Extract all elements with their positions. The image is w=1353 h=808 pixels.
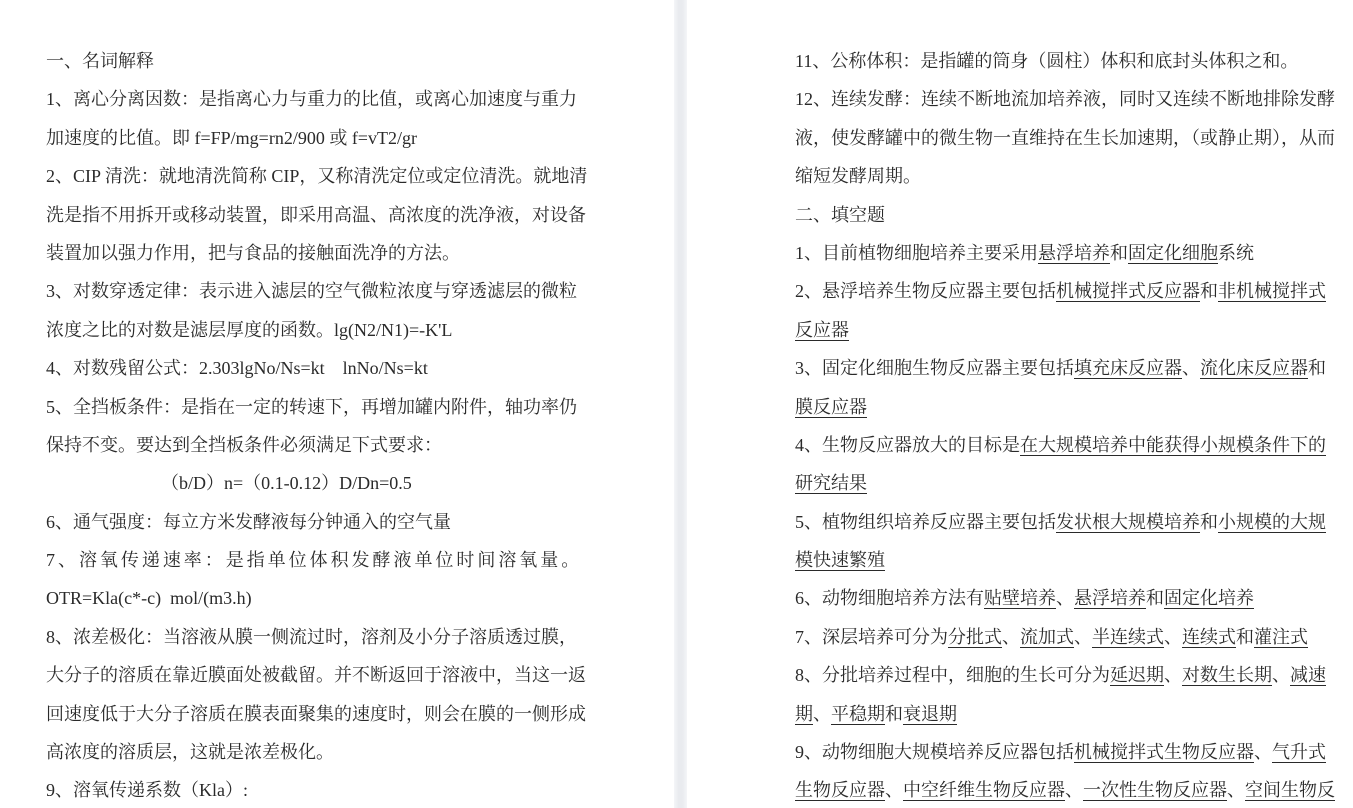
fill-blank-answer: 连续式 <box>1182 618 1236 656</box>
text-segment: 二、填空题 <box>795 196 885 234</box>
text-segment: 大分子的溶质在靠近膜面处被截留。并不断返回于溶液中，当这一返 <box>46 656 586 694</box>
text-segment: 和 <box>1200 272 1218 310</box>
fill-blank-answer: 非机械搅拌式 <box>1218 272 1326 310</box>
section-heading: 一、名词解释 <box>46 42 656 80</box>
text-segment: 洗是指不用拆开或移动装置，即采用高温、高浓度的洗净液，对设备 <box>46 196 586 234</box>
text-segment: 8、浓差极化：当溶液从膜一侧流过时，溶剂及小分子溶质透过膜， <box>46 618 577 656</box>
text-segment: 、 <box>1182 349 1200 387</box>
fill-blank-answer: 生物反应器 <box>795 771 885 808</box>
fill-blank-answer: 中空纤维生物反应器 <box>903 771 1065 808</box>
text-line: 研究结果 <box>795 464 1340 502</box>
text-segment: 4、生物反应器放大的目标是 <box>795 426 1020 464</box>
fill-blank-answer: 固定化细胞 <box>1128 234 1218 272</box>
text-segment: （b/D）n=（0.1-0.12）D/Dn=0.5 <box>161 464 412 502</box>
text-line: 1、离心分离因数：是指离心力与重力的比值，或离心加速度与重力 <box>46 80 656 118</box>
fill-blank-answer: 流化床反应器 <box>1200 349 1308 387</box>
text-line: （b/D）n=（0.1-0.12）D/Dn=0.5 <box>46 464 656 502</box>
text-segment: 2、CIP 清洗：就地清洗简称 CIP，又称清洗定位或定位清洗。就地清 <box>46 157 587 195</box>
text-segment: 7、深层培养可分为 <box>795 618 948 656</box>
text-line: 8、浓差极化：当溶液从膜一侧流过时，溶剂及小分子溶质透过膜， <box>46 618 656 656</box>
text-segment: 和 <box>1200 503 1218 541</box>
fill-blank-answer: 期 <box>795 695 813 733</box>
text-line: 4、对数残留公式：2.303lgNo/Ns=kt lnNo/Ns=kt <box>46 349 656 387</box>
text-segment: 高浓度的溶质层，这就是浓差极化。 <box>46 733 334 771</box>
text-line: 3、固定化细胞生物反应器主要包括填充床反应器、流化床反应器和 <box>795 349 1340 387</box>
text-line: 6、动物细胞培养方法有贴壁培养、悬浮培养和固定化培养 <box>795 579 1340 617</box>
fill-blank-answer: 气升式 <box>1272 733 1326 771</box>
text-segment: 5、全挡板条件：是指在一定的转速下，再增加罐内附件，轴功率仍 <box>46 388 577 426</box>
fill-blank-answer: 模快速繁殖 <box>795 541 885 579</box>
text-segment: 7、溶氧传递速率：是指单位体积发酵液单位时间溶氧量。 <box>46 541 582 579</box>
text-line: 生物反应器、中空纤维生物反应器、一次性生物反应器、空间生物反 <box>795 771 1340 808</box>
page-gutter <box>674 0 687 808</box>
fill-blank-answer: 机械搅拌式反应器 <box>1056 272 1200 310</box>
text-line: 9、动物细胞大规模培养反应器包括机械搅拌式生物反应器、气升式 <box>795 733 1340 771</box>
text-line: 6、通气强度：每立方米发酵液每分钟通入的空气量 <box>46 503 656 541</box>
text-segment: 、 <box>1074 618 1092 656</box>
fill-blank-answer: 分批式 <box>948 618 1002 656</box>
text-segment: 3、对数穿透定律：表示进入滤层的空气微粒浓度与穿透滤层的微粒 <box>46 272 577 310</box>
fill-blank-answer: 研究结果 <box>795 464 867 502</box>
page-right: 11、公称体积：是指罐的筒身（圆柱）体积和底封头体积之和。12、连续发酵：连续不… <box>687 0 1353 808</box>
text-line: 3、对数穿透定律：表示进入滤层的空气微粒浓度与穿透滤层的微粒 <box>46 272 656 310</box>
fill-blank-answer: 灌注式 <box>1254 618 1308 656</box>
text-segment: 、 <box>1254 733 1272 771</box>
text-line: 液，使发酵罐中的微生物一直维持在生长加速期，（或静止期），从而 <box>795 119 1340 157</box>
text-segment: 一、名词解释 <box>46 42 154 80</box>
fill-blank-answer: 膜反应器 <box>795 388 867 426</box>
text-line: 4、生物反应器放大的目标是在大规模培养中能获得小规模条件下的 <box>795 426 1340 464</box>
fill-blank-answer: 在大规模培养中能获得小规模条件下的 <box>1020 426 1326 464</box>
text-segment: 和 <box>1146 579 1164 617</box>
text-segment: 9、溶氧传递系数（Kla）: <box>46 771 248 808</box>
text-segment: 加速度的比值。即 f=FP/mg=rn2/900 或 f=vT2/gr <box>46 119 417 157</box>
text-line: 膜反应器 <box>795 388 1340 426</box>
text-segment: 和 <box>885 695 903 733</box>
fill-blank-answer: 半连续式 <box>1092 618 1164 656</box>
page-left-content: 一、名词解释1、离心分离因数：是指离心力与重力的比值，或离心加速度与重力加速度的… <box>46 42 656 808</box>
text-line: 期、平稳期和衰退期 <box>795 695 1340 733</box>
fill-blank-answer: 空间生物反 <box>1245 771 1335 808</box>
fill-blank-answer: 平稳期 <box>831 695 885 733</box>
text-segment: 、 <box>885 771 903 808</box>
text-segment: 保持不变。要达到全挡板条件必须满足下式要求： <box>46 426 442 464</box>
text-segment: 、 <box>1164 618 1182 656</box>
text-segment: 12、连续发酵：连续不断地流加培养液，同时又连续不断地排除发酵 <box>795 80 1335 118</box>
text-segment: 、 <box>1164 656 1182 694</box>
text-segment: 3、固定化细胞生物反应器主要包括 <box>795 349 1074 387</box>
text-segment: 、 <box>1056 579 1074 617</box>
text-segment: 、 <box>1272 656 1290 694</box>
page-left: 一、名词解释1、离心分离因数：是指离心力与重力的比值，或离心加速度与重力加速度的… <box>0 0 674 808</box>
text-segment: 4、对数残留公式：2.303lgNo/Ns=kt lnNo/Ns=kt <box>46 349 428 387</box>
text-line: 2、悬浮培养生物反应器主要包括机械搅拌式反应器和非机械搅拌式 <box>795 272 1340 310</box>
text-line: 回速度低于大分子溶质在膜表面聚集的速度时，则会在膜的一侧形成 <box>46 695 656 733</box>
fill-blank-answer: 对数生长期 <box>1182 656 1272 694</box>
text-segment: 缩短发酵周期。 <box>795 157 921 195</box>
text-line: 装置加以强力作用，把与食品的接触面洗净的方法。 <box>46 234 656 272</box>
text-line: 保持不变。要达到全挡板条件必须满足下式要求： <box>46 426 656 464</box>
text-line: 8、分批培养过程中，细胞的生长可分为延迟期、对数生长期、减速 <box>795 656 1340 694</box>
text-line: 模快速繁殖 <box>795 541 1340 579</box>
fill-blank-answer: 悬浮培养 <box>1074 579 1146 617</box>
text-segment: 11、公称体积：是指罐的筒身（圆柱）体积和底封头体积之和。 <box>795 42 1298 80</box>
text-segment: 和 <box>1236 618 1254 656</box>
fill-blank-answer: 悬浮培养 <box>1038 234 1110 272</box>
text-segment: 2、悬浮培养生物反应器主要包括 <box>795 272 1056 310</box>
text-line: 高浓度的溶质层，这就是浓差极化。 <box>46 733 656 771</box>
fill-blank-answer: 衰退期 <box>903 695 957 733</box>
document-viewer: 一、名词解释1、离心分离因数：是指离心力与重力的比值，或离心加速度与重力加速度的… <box>0 0 1353 808</box>
fill-blank-answer: 流加式 <box>1020 618 1074 656</box>
text-segment: 6、通气强度：每立方米发酵液每分钟通入的空气量 <box>46 503 451 541</box>
text-segment: 8、分批培养过程中，细胞的生长可分为 <box>795 656 1110 694</box>
text-segment: 和 <box>1308 349 1326 387</box>
text-line: 7、溶氧传递速率：是指单位体积发酵液单位时间溶氧量。 <box>46 541 656 579</box>
text-line: 12、连续发酵：连续不断地流加培养液，同时又连续不断地排除发酵 <box>795 80 1340 118</box>
text-segment: 9、动物细胞大规模培养反应器包括 <box>795 733 1074 771</box>
text-line: 反应器 <box>795 311 1340 349</box>
text-segment: 1、目前植物细胞培养主要采用 <box>795 234 1038 272</box>
text-segment: 、 <box>1002 618 1020 656</box>
text-line: 浓度之比的对数是滤层厚度的函数。lg(N2/N1)=-K'L <box>46 311 656 349</box>
text-line: 7、深层培养可分为分批式、流加式、半连续式、连续式和灌注式 <box>795 618 1340 656</box>
fill-blank-answer: 填充床反应器 <box>1074 349 1182 387</box>
text-segment: 6、动物细胞培养方法有 <box>795 579 984 617</box>
text-line: 大分子的溶质在靠近膜面处被截留。并不断返回于溶液中，当这一返 <box>46 656 656 694</box>
text-segment: 浓度之比的对数是滤层厚度的函数。lg(N2/N1)=-K'L <box>46 311 452 349</box>
text-segment: 5、植物组织培养反应器主要包括 <box>795 503 1056 541</box>
text-segment: 1、离心分离因数：是指离心力与重力的比值，或离心加速度与重力 <box>46 80 577 118</box>
text-segment: 、 <box>1227 771 1245 808</box>
section-heading: 二、填空题 <box>795 196 1340 234</box>
fill-blank-answer: 发状根大规模培养 <box>1056 503 1200 541</box>
text-line: 11、公称体积：是指罐的筒身（圆柱）体积和底封头体积之和。 <box>795 42 1340 80</box>
fill-blank-answer: 机械搅拌式生物反应器 <box>1074 733 1254 771</box>
fill-blank-answer: 减速 <box>1290 656 1326 694</box>
text-line: 1、目前植物细胞培养主要采用悬浮培养和固定化细胞系统 <box>795 234 1340 272</box>
text-segment: 、 <box>1065 771 1083 808</box>
text-segment: 、 <box>813 695 831 733</box>
fill-blank-answer: 延迟期 <box>1110 656 1164 694</box>
page-right-content: 11、公称体积：是指罐的筒身（圆柱）体积和底封头体积之和。12、连续发酵：连续不… <box>795 42 1340 808</box>
text-line: 洗是指不用拆开或移动装置，即采用高温、高浓度的洗净液，对设备 <box>46 196 656 234</box>
fill-blank-answer: 一次性生物反应器 <box>1083 771 1227 808</box>
text-segment: 和 <box>1110 234 1128 272</box>
fill-blank-answer: 贴壁培养 <box>984 579 1056 617</box>
text-line: 5、植物组织培养反应器主要包括发状根大规模培养和小规模的大规 <box>795 503 1340 541</box>
fill-blank-answer: 固定化培养 <box>1164 579 1254 617</box>
text-segment: 系统 <box>1218 234 1254 272</box>
text-line: 2、CIP 清洗：就地清洗简称 CIP，又称清洗定位或定位清洗。就地清 <box>46 157 656 195</box>
fill-blank-answer: 小规模的大规 <box>1218 503 1326 541</box>
text-line: 加速度的比值。即 f=FP/mg=rn2/900 或 f=vT2/gr <box>46 119 656 157</box>
fill-blank-answer: 反应器 <box>795 311 849 349</box>
text-line: 缩短发酵周期。 <box>795 157 1340 195</box>
text-segment: 回速度低于大分子溶质在膜表面聚集的速度时，则会在膜的一侧形成 <box>46 695 586 733</box>
text-segment: 装置加以强力作用，把与食品的接触面洗净的方法。 <box>46 234 460 272</box>
text-segment: OTR=Kla(c*-c) mol/(m3.h) <box>46 579 252 617</box>
text-line: OTR=Kla(c*-c) mol/(m3.h) <box>46 579 656 617</box>
text-line: 5、全挡板条件：是指在一定的转速下，再增加罐内附件，轴功率仍 <box>46 388 656 426</box>
text-segment: 液，使发酵罐中的微生物一直维持在生长加速期，（或静止期），从而 <box>795 119 1335 157</box>
text-line: 9、溶氧传递系数（Kla）: <box>46 771 656 808</box>
